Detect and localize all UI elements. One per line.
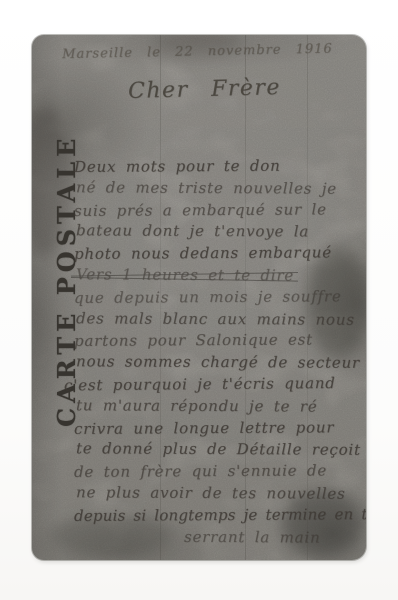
letter-line: suis prés a embarqué sur le bbox=[74, 199, 364, 223]
letter-line-text: bateau dont je t'envoye la bbox=[76, 221, 309, 244]
letter-line-text: depuis si longtemps je termine en te bbox=[74, 504, 366, 528]
letter-line-text: ne plus avoir de tes nouvelles bbox=[76, 482, 346, 505]
letter-line: depuis si longtemps je termine en te bbox=[74, 504, 364, 528]
letter-line: né de mes triste nouvelles je bbox=[76, 177, 366, 200]
postcard: CARTE POSTALE Marseille le 22 novembre 1… bbox=[32, 35, 366, 560]
letter-line-text: serrant la main bbox=[184, 526, 321, 549]
letter-line: Deux mots pour te don bbox=[74, 155, 364, 179]
letter-line: te donné plus de Détaille reçoit bbox=[76, 439, 366, 462]
letter-line-text: partons pour Salonique est bbox=[74, 330, 313, 353]
letter-line-text: Deux mots pour te don bbox=[74, 156, 281, 179]
letter-line-text: des mals blanc aux mains nous bbox=[76, 308, 355, 331]
letter-line-text: photo nous dedans embarqué bbox=[74, 242, 332, 265]
letter-line-text: te donné plus de Détaille reçoit bbox=[76, 439, 361, 462]
letter-line: ne plus avoir de tes nouvelles bbox=[76, 482, 366, 505]
letter-line: nous sommes chargé de secteur bbox=[76, 351, 366, 374]
letter-line: que depuis un mois je souffre bbox=[74, 286, 364, 310]
dateline: Marseille le 22 novembre 1916 bbox=[62, 41, 354, 62]
letter-line-text: suis prés a embarqué sur le bbox=[74, 199, 327, 222]
letter-line-text: crivra une longue lettre pour bbox=[74, 417, 334, 440]
letter-line: tu m'aura répondu je te ré bbox=[76, 395, 366, 418]
letter-line-text: nous sommes chargé de secteur bbox=[76, 351, 360, 374]
letter-line-text: Vers 1 heures et te dire bbox=[76, 264, 294, 287]
letter-line: des mals blanc aux mains nous bbox=[76, 308, 366, 331]
letter-line: serrant la main bbox=[76, 526, 366, 549]
letter-line-text: de ton frère qui s'ennuie de bbox=[74, 460, 327, 483]
letter-line-text: que depuis un mois je souffre bbox=[74, 286, 342, 309]
letter-line-text: tu m'aura répondu je te ré bbox=[76, 395, 318, 418]
greeting: Cher Frère bbox=[128, 75, 281, 104]
letter-line: c'est pourquoi je t'écris quand bbox=[64, 373, 354, 397]
letter-body: Deux mots pour te donné de mes triste no… bbox=[74, 156, 364, 548]
letter-line: bateau dont je t'envoye la bbox=[76, 221, 366, 244]
letter-line: crivra une longue lettre pour bbox=[74, 417, 364, 441]
letter-line-text: né de mes triste nouvelles je bbox=[76, 177, 337, 200]
letter-line: partons pour Salonique est bbox=[74, 329, 364, 353]
letter-line-text: c'est pourquoi je t'écris quand bbox=[64, 373, 336, 397]
letter-line: photo nous dedans embarqué bbox=[74, 242, 364, 266]
letter-line: de ton frère qui s'ennuie de bbox=[74, 460, 364, 484]
letter-line: Vers 1 heures et te dire bbox=[76, 264, 366, 287]
